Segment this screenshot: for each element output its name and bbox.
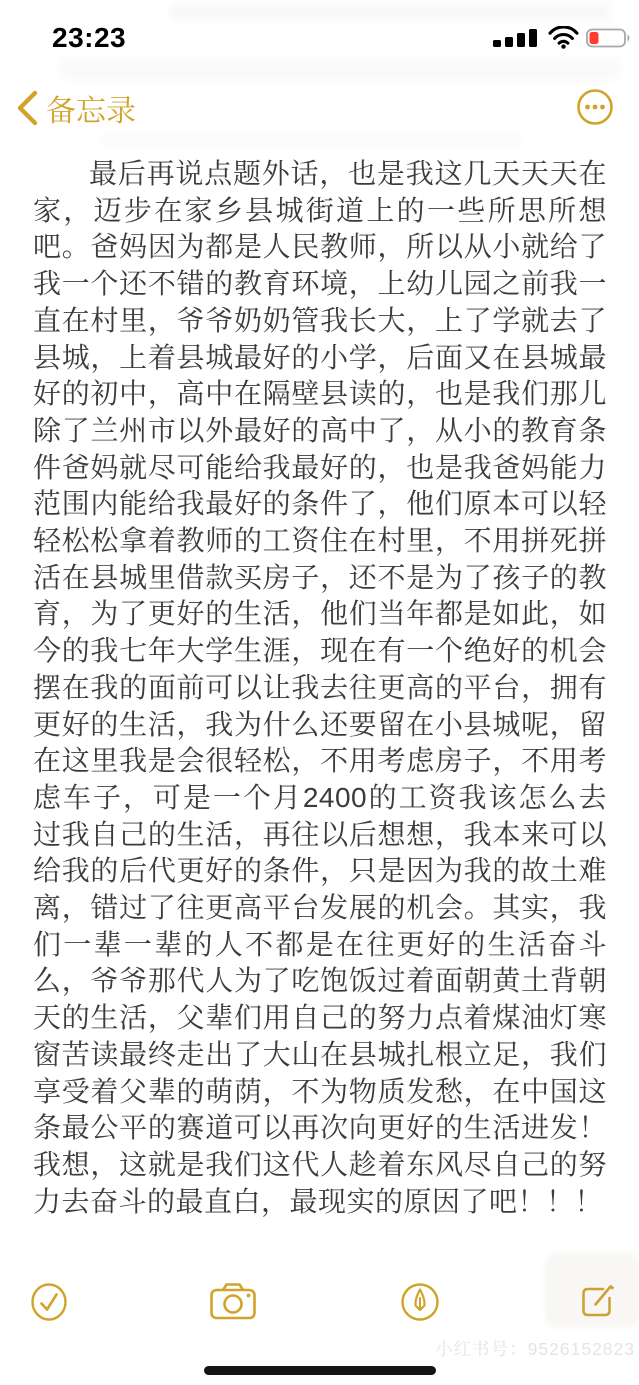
back-button[interactable]: 备忘录 <box>16 86 136 130</box>
bottom-toolbar <box>0 1282 639 1326</box>
camera-button[interactable] <box>210 1282 254 1326</box>
checkmark-circle-icon <box>30 1282 74 1322</box>
more-button[interactable] <box>576 88 614 126</box>
markup-pen-icon <box>400 1282 444 1322</box>
ghost-artifact <box>100 132 520 148</box>
note-body[interactable]: 最后再说点题外话，也是我这几天天天在家，迈步在家乡县城街道上的一些所思所想吧。爸… <box>33 156 607 1220</box>
chevron-left-icon <box>16 90 38 126</box>
home-indicator[interactable] <box>204 1366 436 1375</box>
markup-button[interactable] <box>400 1282 444 1326</box>
nav-bar: 备忘录 <box>0 86 639 134</box>
ghost-artifact <box>60 58 620 80</box>
ghost-artifact <box>545 1252 639 1328</box>
status-icons <box>493 26 631 49</box>
cellular-signal-icon <box>493 29 541 47</box>
battery-low-icon <box>586 27 631 49</box>
ellipsis-circle-icon <box>576 88 614 126</box>
status-time: 23:23 <box>52 22 126 54</box>
checklist-button[interactable] <box>30 1282 74 1326</box>
wifi-icon <box>548 26 579 49</box>
camera-icon <box>210 1282 254 1320</box>
status-bar: 23:23 <box>0 0 639 60</box>
xiaohongshu-watermark: 小红书号：9526152823 <box>435 1336 635 1361</box>
back-button-label: 备忘录 <box>46 86 136 130</box>
